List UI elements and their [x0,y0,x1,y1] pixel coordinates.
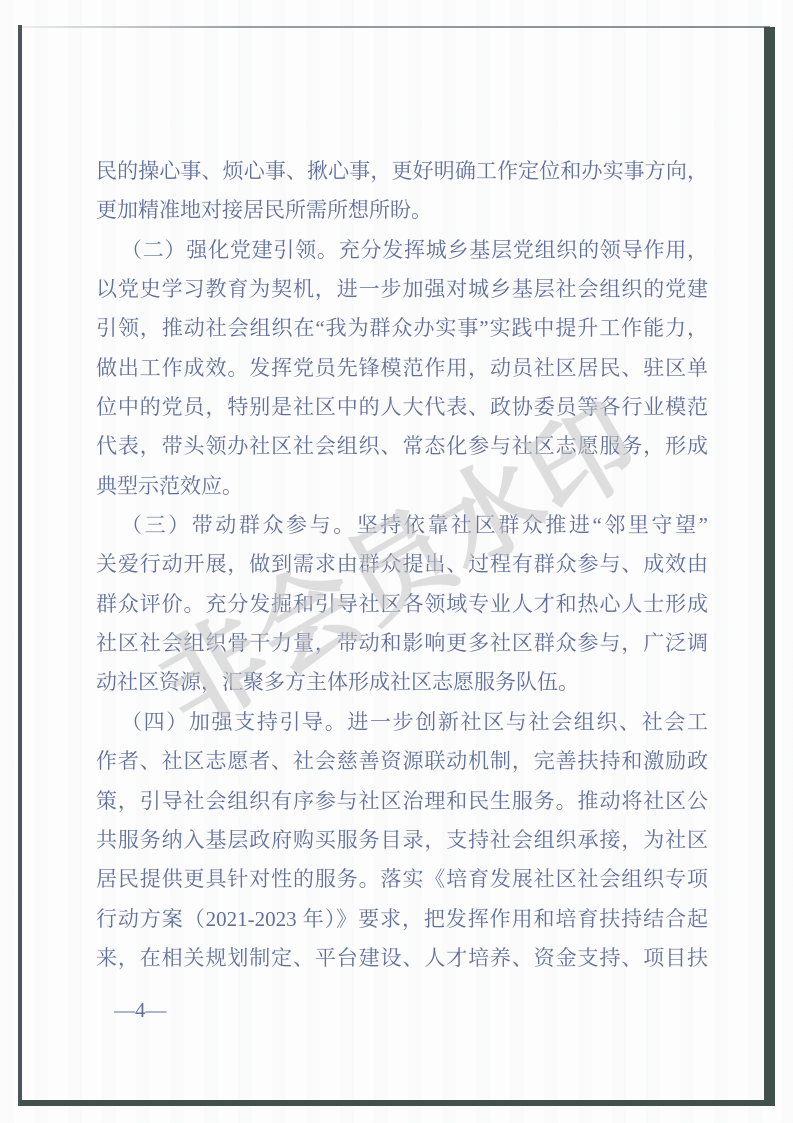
text-line: 来，在相关规划制定、平台建设、人才培养、资金支持、项目扶 [96,939,708,978]
document-page: 民的操心事、烦心事、揪心事，更好明确工作定位和办实事方向，更加精准地对接居民所需… [0,0,793,1123]
text-line: 策，引导社会组织有序参与社区治理和民生服务。推动将社区公 [96,782,708,821]
page-number: —4— [114,996,167,1024]
text-line: （二）强化党建引领。充分发挥城乡基层党组织的领导作用， [96,231,708,270]
text-line: 作者、社区志愿者、社会慈善资源联动机制，完善扶持和激励政 [96,742,708,781]
document-body: 民的操心事、烦心事、揪心事，更好明确工作定位和办实事方向，更加精准地对接居民所需… [96,152,708,978]
text-line: 位中的党员，特别是社区中的人大代表、政协委员等各行业模范 [96,388,708,427]
text-line: 行动方案（2021-2023 年）》要求，把发挥作用和培育扶持结合起 [96,900,708,939]
text-line: 代表，带头领办社区社会组织、常态化参与社区志愿服务，形成 [96,427,708,466]
text-line: 群众评价。充分发掘和引导社区各领域专业人才和热心人士形成 [96,585,708,624]
text-line: 居民提供更具针对性的服务。落实《培育发展社区社会组织专项 [96,860,708,899]
text-line: 共服务纳入基层政府购买服务目录，支持社会组织承接，为社区 [96,821,708,860]
scan-border-top [20,26,770,28]
text-line: 社区社会组织骨干力量，带动和影响更多社区群众参与，广泛调 [96,624,708,663]
text-line: （三）带动群众参与。坚持依靠社区群众推进“邻里守望” [96,506,708,545]
text-line: 典型示范效应。 [96,467,708,506]
text-line: 更加精准地对接居民所需所想所盼。 [96,191,708,230]
text-line: 动社区资源，汇聚多方主体形成社区志愿服务队伍。 [96,663,708,702]
text-line: 关爱行动开展，做到需求由群众提出、过程有群众参与、成效由 [96,545,708,584]
scan-border-right [764,27,775,1106]
scan-border-left [18,25,22,1106]
text-line: 以党史学习教育为契机，进一步加强对城乡基层社会组织的党建 [96,270,708,309]
text-line: 民的操心事、烦心事、揪心事，更好明确工作定位和办实事方向， [96,152,708,191]
scan-border-bottom [20,1100,775,1106]
text-line: 引领，推动社会组织在“我为群众办实事”实践中提升工作能力， [96,309,708,348]
text-line: 做出工作成效。发挥党员先锋模范作用，动员社区居民、驻区单 [96,349,708,388]
text-line: （四）加强支持引导。进一步创新社区与社会组织、社会工 [96,703,708,742]
